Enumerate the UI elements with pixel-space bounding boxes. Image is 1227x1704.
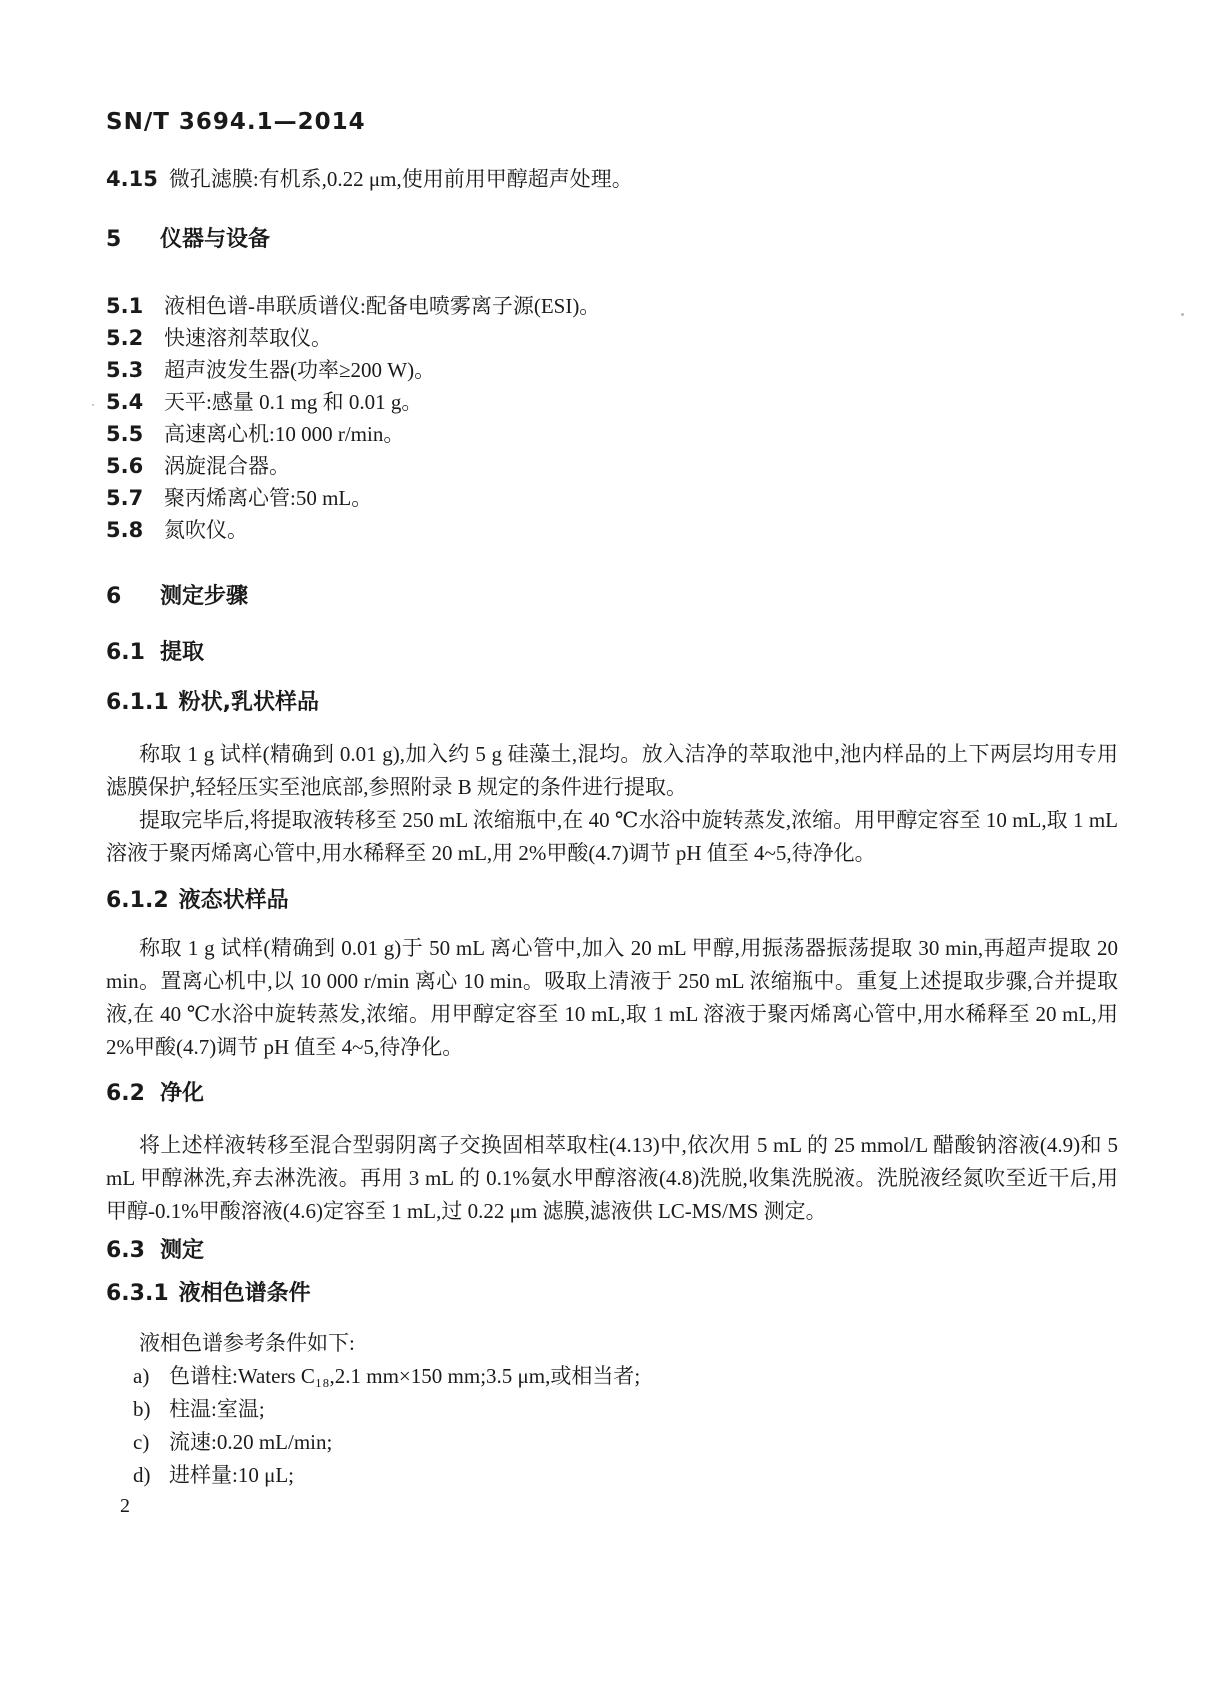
equipment-item: 5.8氮吹仪。 [106,514,1118,546]
section-number: 6.2 [106,1077,150,1110]
clause-number: 5.2 [106,322,153,354]
section-title: 粉状,乳状样品 [179,690,319,715]
clause-number: 5.1 [106,290,153,322]
clause-number: 5.6 [106,450,153,482]
section-5-heading: 5仪器与设备 [106,223,1118,256]
lc-condition-item-c: c)流速:0.20 mL/min; [106,1426,1118,1459]
subsection-6-1-heading: 6.1提取 [106,636,1118,669]
equipment-item: 5.2快速溶剂萃取仪。 [106,322,1118,354]
item-letter: b) [133,1393,157,1426]
scan-speck [92,404,94,406]
item-letter: c) [133,1426,157,1459]
section-number: 6.1 [106,636,150,669]
section-title: 液相色谱条件 [179,1281,311,1306]
clause-text: 超声波发生器(功率≥200 W)。 [164,358,435,382]
paragraph-powder-sample-2: 提取完毕后,将提取液转移至 250 mL 浓缩瓶中,在 40 ℃水浴中旋转蒸发,… [106,804,1118,870]
lc-condition-item-b: b)柱温:室温; [106,1393,1118,1426]
section-number: 6 [106,580,150,613]
paragraph-powder-sample-1: 称取 1 g 试样(精确到 0.01 g),加入约 5 g 硅藻土,混均。放入洁… [106,738,1118,804]
section-number: 6.1.2 [106,884,169,917]
item-letter: d) [133,1459,157,1492]
paragraph-cleanup: 将上述样液转移至混合型弱阴离子交换固相萃取柱(4.13)中,依次用 5 mL 的… [106,1129,1118,1228]
scan-speck [1181,313,1184,316]
equipment-item: 5.7聚丙烯离心管:50 mL。 [106,482,1118,514]
clause-4-15: 4.15微孔滤膜:有机系,0.22 μm,使用前用甲醇超声处理。 [106,163,1118,195]
item-text: 流速:0.20 mL/min; [169,1430,332,1454]
item-text: 柱温:室温; [169,1397,265,1421]
section-number: 5 [106,223,150,256]
item-text: 进样量:10 μL; [169,1463,294,1487]
section-title: 仪器与设备 [160,227,270,252]
clause-number: 5.5 [106,418,153,450]
section-title: 净化 [160,1081,204,1106]
subsection-6-1-2-heading: 6.1.2液态状样品 [106,884,1118,917]
document-page: SN/T 3694.1—2014 4.15微孔滤膜:有机系,0.22 μm,使用… [0,0,1227,1704]
equipment-item: 5.4天平:感量 0.1 mg 和 0.01 g。 [106,386,1118,418]
section-number: 6.1.1 [106,686,169,719]
lead-paragraph: 液相色谱参考条件如下: [106,1327,1118,1360]
section-title: 测定 [160,1238,204,1263]
clause-text: 聚丙烯离心管:50 mL。 [164,486,372,510]
clause-number: 5.4 [106,386,153,418]
section-number: 6.3.1 [106,1277,169,1310]
clause-number: 5.7 [106,482,153,514]
clause-text: 天平:感量 0.1 mg 和 0.01 g。 [164,390,422,414]
clause-number: 4.15 [106,163,158,195]
clause-number: 5.8 [106,514,153,546]
section-number: 6.3 [106,1234,150,1267]
lc-condition-item-d: d)进样量:10 μL; [106,1459,1118,1492]
section-title: 测定步骤 [160,584,248,609]
page-number: 2 [120,1494,1118,1518]
equipment-item: 5.6涡旋混合器。 [106,450,1118,482]
item-letter: a) [133,1360,157,1393]
lc-condition-item-a: a)色谱柱:Waters C₁₈,2.1 mm×150 mm;3.5 μm,或相… [106,1360,1118,1393]
equipment-item: 5.3超声波发生器(功率≥200 W)。 [106,354,1118,386]
clause-text: 氮吹仪。 [164,518,248,542]
section-title: 液态状样品 [179,888,289,913]
subsection-6-2-heading: 6.2净化 [106,1077,1118,1110]
equipment-item: 5.1液相色谱-串联质谱仪:配备电喷雾离子源(ESI)。 [106,290,1118,322]
subsection-6-3-1-heading: 6.3.1液相色谱条件 [106,1277,1118,1310]
section-6-heading: 6测定步骤 [106,580,1118,613]
clause-text: 液相色谱-串联质谱仪:配备电喷雾离子源(ESI)。 [164,294,600,318]
section-title: 提取 [160,640,204,665]
clause-text: 涡旋混合器。 [164,454,290,478]
item-text: 色谱柱:Waters C₁₈,2.1 mm×150 mm;3.5 μm,或相当者… [169,1364,640,1388]
clause-number: 5.3 [106,354,153,386]
doc-code-header: SN/T 3694.1—2014 [106,108,1118,136]
subsection-6-1-1-heading: 6.1.1粉状,乳状样品 [106,686,1118,719]
clause-text: 快速溶剂萃取仪。 [164,326,332,350]
subsection-6-3-heading: 6.3测定 [106,1234,1118,1267]
paragraph-liquid-sample: 称取 1 g 试样(精确到 0.01 g)于 50 mL 离心管中,加入 20 … [106,932,1118,1064]
equipment-item: 5.5高速离心机:10 000 r/min。 [106,418,1118,450]
page-content: SN/T 3694.1—2014 4.15微孔滤膜:有机系,0.22 μm,使用… [106,108,1118,1518]
clause-text: 微孔滤膜:有机系,0.22 μm,使用前用甲醇超声处理。 [169,167,633,191]
clause-text: 高速离心机:10 000 r/min。 [164,422,404,446]
